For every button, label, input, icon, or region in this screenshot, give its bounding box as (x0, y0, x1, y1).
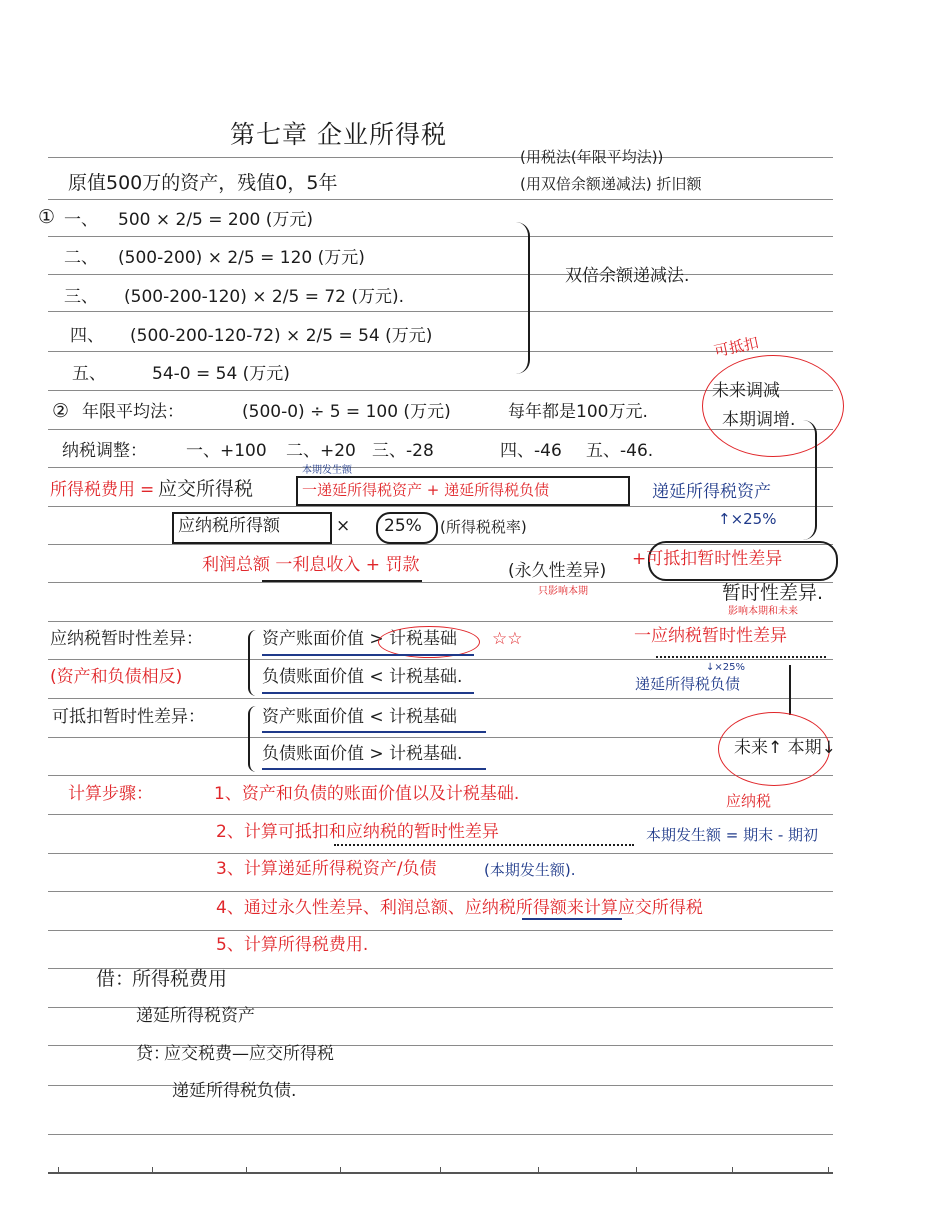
wavy-underline (334, 838, 634, 846)
ruled-line (48, 1134, 833, 1135)
importance-stars: ☆☆ (492, 631, 522, 648)
ruled-line (48, 737, 833, 738)
credit-account: 应交税费—应交所得税 (164, 1046, 334, 1063)
page-title: 第七章 企业所得税 (230, 122, 447, 147)
taxable-income-label: 应纳税所得额 (178, 518, 280, 535)
ddb-row-label: 二、 (64, 250, 98, 267)
equals-sign: = (140, 482, 154, 499)
ddb-row-formula: (500-200) × 2/5 = 120 (万元) (118, 250, 365, 267)
debit-account: 所得税费用 (132, 970, 227, 989)
steps-label: 计算步骤： (68, 786, 153, 803)
underline (262, 580, 422, 582)
underline (522, 918, 622, 920)
brace (248, 706, 256, 772)
underline (262, 654, 474, 656)
tax-rate: 25% (384, 518, 422, 535)
dtl-note: 递延所得税负债 (635, 677, 740, 692)
debit-label: 借： (96, 970, 134, 989)
section-marker-1: ① (38, 208, 55, 227)
ddb-row-formula: (500-200-120) × 2/5 = 72 (万元). (124, 289, 404, 306)
ruled-line (48, 274, 833, 275)
permanent-diff-label: (永久性差异) (508, 563, 606, 580)
dtl-multiplier: ↓×25% (706, 663, 745, 673)
ddb-row-label: 一、 (64, 212, 98, 229)
underline (262, 731, 486, 733)
ruled-line (48, 698, 833, 699)
circle-note: 未来↑ 本期↓ (734, 740, 836, 757)
ddb-row-formula: 54-0 = 54 (万元) (152, 366, 290, 383)
circle-note-sub: 应纳税 (726, 794, 771, 809)
ruled-line (48, 199, 833, 200)
tax-rate-note: (所得税税率) (440, 520, 527, 535)
ruler-tick (636, 1167, 637, 1172)
step-item: 1、资产和负债的账面价值以及计税基础. (214, 786, 519, 803)
ddb-method-label: 双倍余额递减法. (565, 268, 689, 285)
bottom-ruled-line (48, 1172, 833, 1174)
ruler-tick (246, 1167, 247, 1172)
underline (262, 768, 486, 770)
notebook-page: 第七章 企业所得税 原值500万的资产，残值0，5年 (用税法(年限平均法)) … (0, 0, 935, 1225)
ddb-row-formula: (500-200-120-72) × 2/5 = 54 (万元) (130, 328, 432, 345)
permanent-diff-note: 只影响本期 (538, 587, 588, 597)
temp-diff-label: 暂时性差异. (722, 584, 823, 603)
ruled-line (48, 621, 833, 622)
deductible-temp-diff-label: 可抵扣暂时性差异： (52, 709, 205, 726)
deferred-terms: 一递延所得税资产 + 递延所得税负债 (302, 483, 549, 498)
ddb-row-formula: 500 × 2/5 = 200 (万元) (118, 212, 313, 229)
tax-adjust-value: 五、-46. (586, 443, 653, 460)
ruled-line (48, 236, 833, 237)
wavy-underline (656, 650, 826, 658)
tax-payable-label: 应交所得税 (158, 480, 253, 499)
taxable-temp-diff: 一应纳税暂时性差异 (634, 628, 787, 645)
tax-adjust-value: 三、-28 (372, 443, 434, 460)
ruled-line (48, 506, 833, 507)
ruler-tick (152, 1167, 153, 1172)
tax-adjust-value: 一、+100 (186, 443, 267, 460)
ruler-tick (538, 1167, 539, 1172)
ruled-line (48, 1085, 833, 1086)
step-item: 3、计算递延所得税资产/负债 (216, 861, 437, 878)
circle-note-line1: 未来调减 (712, 383, 780, 400)
tax-adjust-label: 纳税调整： (62, 443, 147, 460)
circle-note-line2: 本期调增. (722, 412, 795, 429)
temp-diff-note: 影响本期和未来 (728, 607, 798, 617)
dta-multiplier: ↑×25% (718, 512, 776, 527)
taxable-temp-diff-label: 应纳税暂时性差异： (50, 631, 203, 648)
asset-note-bottom: (用双倍余额递减法) 折旧额 (520, 177, 701, 192)
ruled-line (48, 659, 833, 660)
ruler-tick (58, 1167, 59, 1172)
annotation-circle (702, 355, 844, 457)
bracket-line (795, 420, 817, 540)
deductible-temp-diff: +可抵扣暂时性差异 (632, 551, 782, 568)
ruled-line (48, 582, 833, 583)
asset-note-top: (用税法(年限平均法)) (520, 150, 663, 165)
ddb-row-label: 四、 (70, 328, 104, 345)
ruled-line (48, 157, 833, 158)
taxable-temp-diff-note: (资产和负债相反) (50, 669, 182, 686)
tax-adjust-value: 四、-46 (500, 443, 562, 460)
ruled-line (48, 311, 833, 312)
brace (248, 630, 256, 696)
tax-adjust-value: 二、+20 (286, 443, 356, 460)
dta-note: 递延所得税资产 (652, 484, 771, 501)
straight-line-formula: (500-0) ÷ 5 = 100 (万元) (242, 404, 451, 421)
ruler-tick (440, 1167, 441, 1172)
ruled-line (48, 814, 833, 815)
straight-line-label: 年限平均法： (82, 404, 184, 421)
ruler-tick (732, 1167, 733, 1172)
profit-formula: 利润总额 一利息收入 + 罚款 (202, 557, 419, 574)
step2-note: 本期发生额 = 期末 - 期初 (646, 828, 818, 843)
arrow-line (789, 665, 791, 715)
ruled-line (48, 467, 833, 468)
ruled-line (48, 930, 833, 931)
step3-note: (本期发生额). (484, 863, 575, 878)
ddb-row-label: 三、 (64, 289, 98, 306)
brace (516, 222, 530, 374)
step-item: 5、计算所得税费用. (216, 937, 368, 954)
asset-description: 原值500万的资产，残值0，5年 (68, 174, 337, 193)
definition-row: 负债账面价值 < 计税基础. (262, 669, 462, 686)
times-sign: × (336, 518, 350, 535)
tax-expense-label: 所得税费用 (50, 482, 135, 499)
ddb-row-label: 五、 (72, 366, 106, 383)
section-marker-2: ② (52, 402, 69, 421)
ruled-line (48, 775, 833, 776)
straight-line-note: 每年都是100万元. (508, 404, 648, 421)
debit-account: 递延所得税资产 (136, 1008, 255, 1025)
ruled-line (48, 853, 833, 854)
underline (262, 692, 474, 694)
definition-row: 资产账面价值 < 计税基础 (262, 709, 457, 726)
ruled-line (48, 891, 833, 892)
step-item: 4、通过永久性差异、利润总额、应纳税所得额来计算应交所得税 (216, 900, 703, 917)
period-amount-note: 本期发生额 (302, 466, 352, 476)
credit-account: 递延所得税负债. (172, 1083, 296, 1100)
definition-row: 负债账面价值 > 计税基础. (262, 746, 462, 763)
ruler-tick (828, 1167, 829, 1172)
ruler-tick (340, 1167, 341, 1172)
